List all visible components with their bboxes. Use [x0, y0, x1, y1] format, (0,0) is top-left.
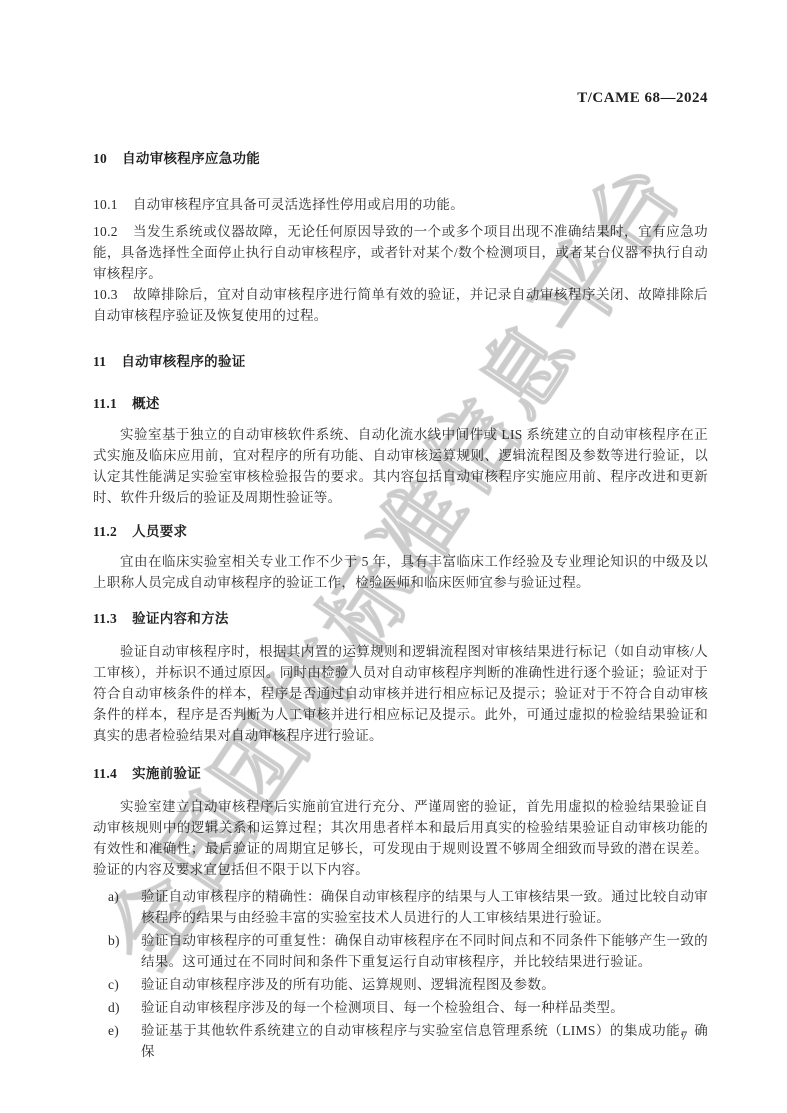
clause-11-4-title: 实施前验证 — [132, 766, 201, 781]
clause-10-2: 10.2当发生系统或仪器故障，无论任何原因导致的一个或多个项目出现不准确结果时，… — [93, 221, 708, 284]
clause-11-1-paragraph: 实验室基于独立的自动审核软件系统、自动化流水线中间件或 LIS 系统建立的自动审… — [93, 424, 708, 508]
standard-number-header: T/CAME 68—2024 — [577, 90, 708, 107]
clause-10-3-number: 10.3 — [93, 284, 118, 305]
clause-11-1-number: 11.1 — [93, 393, 117, 414]
clause-11-heading: 11自动审核程序的验证 — [93, 351, 708, 372]
clause-11-1-title: 概述 — [132, 396, 160, 411]
clause-11-2-paragraph: 宜由在临床实验室相关专业工作不少于 5 年，具有丰富临床工作经验及专业理论知识的… — [93, 551, 708, 593]
list-item: b)验证自动审核程序的可重复性：确保自动审核程序在不同时间点和不同条件下能够产生… — [93, 930, 708, 972]
list-item: d)验证自动审核程序涉及的每一个检测项目、每一个检验组合、每一种样品类型。 — [93, 997, 708, 1018]
page-number: 7 — [681, 1029, 687, 1044]
list-item: a)验证自动审核程序的精确性：确保自动审核程序的结果与人工审核结果一致。通过比较… — [93, 886, 708, 928]
clause-10-1-number: 10.1 — [93, 194, 118, 215]
list-item-text: 验证自动审核程序涉及的每一个检测项目、每一个检验组合、每一种样品类型。 — [141, 1000, 624, 1015]
clause-11-4-number: 11.4 — [93, 763, 117, 784]
document-body: 10自动审核程序应急功能 10.1自动审核程序宜具备可灵活选择性停用或启用的功能… — [93, 148, 708, 1064]
clause-11-3-heading: 11.3验证内容和方法 — [93, 608, 708, 629]
list-item-text: 验证自动审核程序的精确性：确保自动审核程序的结果与人工审核结果一致。通过比较自动… — [141, 889, 708, 925]
document-page: 全国团体标准信息平台 T/CAME 68—2024 10自动审核程序应急功能 1… — [0, 0, 787, 1113]
clause-11-2-heading: 11.2人员要求 — [93, 521, 708, 542]
clause-11-2-title: 人员要求 — [132, 524, 187, 539]
clause-10-2-text: 当发生系统或仪器故障，无论任何原因导致的一个或多个项目出现不准确结果时，宜有应急… — [93, 224, 708, 281]
clause-11-3-number: 11.3 — [93, 608, 117, 629]
clause-10-1-text: 自动审核程序宜具备可灵活选择性停用或启用的功能。 — [133, 197, 464, 212]
list-item-text: 验证自动审核程序涉及的所有功能、运算规则、逻辑流程图及参数。 — [141, 977, 555, 992]
list-item: c)验证自动审核程序涉及的所有功能、运算规则、逻辑流程图及参数。 — [93, 974, 708, 995]
list-item-marker: d) — [108, 997, 120, 1018]
clause-11-2-number: 11.2 — [93, 521, 117, 542]
verification-requirements-list: a)验证自动审核程序的精确性：确保自动审核程序的结果与人工审核结果一致。通过比较… — [93, 886, 708, 1062]
clause-11-3-paragraph: 验证自动审核程序时，根据其内置的运算规则和逻辑流程图对审核结果进行标记（如自动审… — [93, 641, 708, 746]
clause-10-heading: 10自动审核程序应急功能 — [93, 148, 708, 169]
clause-11-4-heading: 11.4实施前验证 — [93, 763, 708, 784]
clause-11-3-title: 验证内容和方法 — [132, 611, 229, 626]
list-item-marker: a) — [108, 886, 119, 907]
clause-10-number: 10 — [93, 148, 107, 169]
list-item-marker: b) — [108, 930, 120, 951]
clause-10-3: 10.3故障排除后，宜对自动审核程序进行简单有效的验证，并记录自动审核程序关闭、… — [93, 284, 708, 326]
list-item-text: 验证基于其他软件系统建立的自动审核程序与实验室信息管理系统（LIMS）的集成功能… — [141, 1023, 708, 1059]
clause-11-4-paragraph: 实验室建立自动审核程序后实施前宜进行充分、严谨周密的验证，首先用虚拟的检验结果验… — [93, 796, 708, 880]
clause-11-1-heading: 11.1概述 — [93, 393, 708, 414]
list-item: e)验证基于其他软件系统建立的自动审核程序与实验室信息管理系统（LIMS）的集成… — [93, 1020, 708, 1062]
clause-11-title: 自动审核程序的验证 — [121, 354, 245, 369]
list-item-marker: e) — [108, 1020, 119, 1041]
list-item-marker: c) — [108, 974, 119, 995]
clause-10-title: 自动审核程序应急功能 — [122, 151, 260, 166]
list-item-text: 验证自动审核程序的可重复性：确保自动审核程序在不同时间点和不同条件下能够产生一致… — [141, 933, 708, 969]
clause-10-1: 10.1自动审核程序宜具备可灵活选择性停用或启用的功能。 — [93, 194, 708, 215]
clause-11-number: 11 — [93, 351, 106, 372]
clause-10-3-text: 故障排除后，宜对自动审核程序进行简单有效的验证，并记录自动审核程序关闭、故障排除… — [93, 287, 708, 323]
clause-10-2-number: 10.2 — [93, 221, 118, 242]
